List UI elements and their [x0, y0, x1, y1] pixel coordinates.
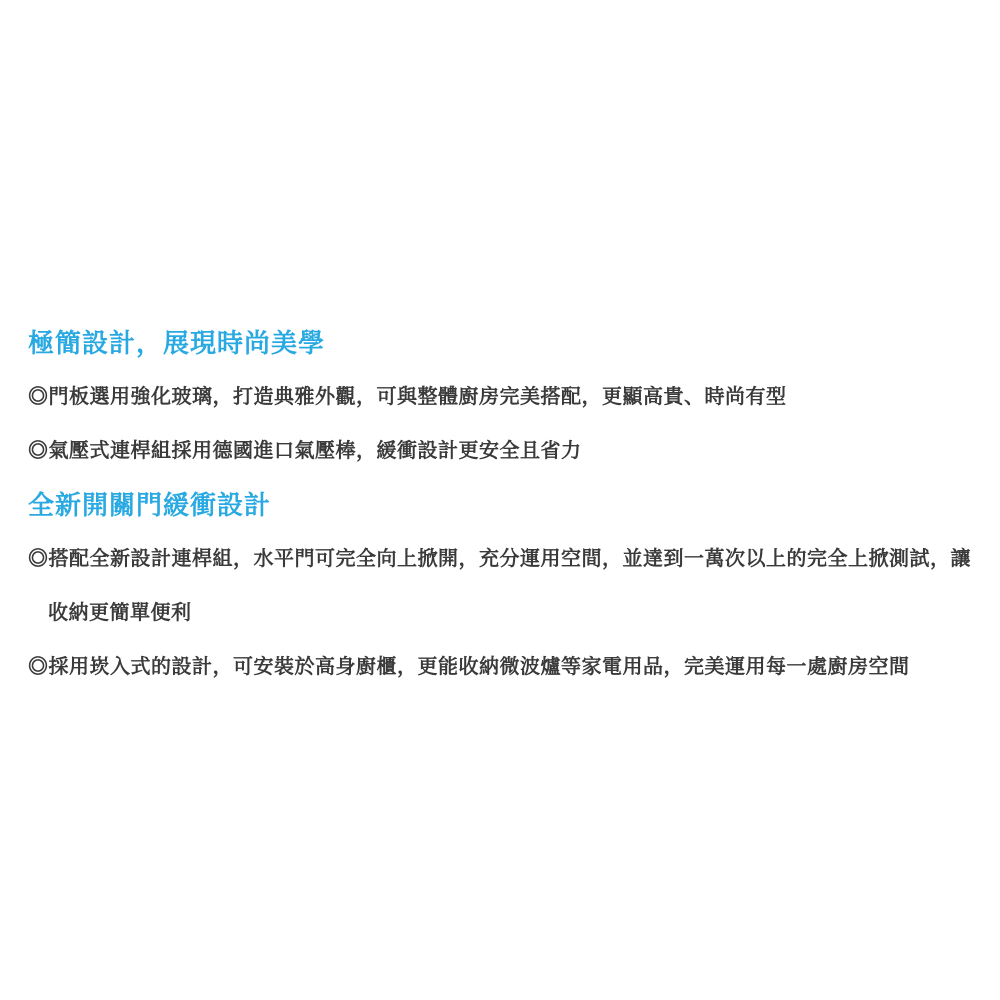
feature-bullet-door-panel-glass: ◎門板選用強化玻璃，打造典雅外觀，可與整體廚房完美搭配，更顯高貴、時尚有型	[28, 370, 975, 424]
section-heading-minimalist-design: 極簡設計，展現時尚美學	[28, 316, 975, 370]
feature-bullet-lift-up-door: ◎搭配全新設計連桿組，水平門可完全向上掀開，充分運用空間，並達到一萬次以上的完全…	[28, 532, 975, 640]
section-heading-soft-close-design: 全新開關門緩衝設計	[28, 478, 975, 532]
feature-bullet-built-in-design: ◎採用崁入式的設計，可安裝於高身廚櫃，更能收納微波爐等家電用品，完美運用每一處廚…	[28, 640, 975, 694]
product-feature-text: 極簡設計，展現時尚美學 ◎門板選用強化玻璃，打造典雅外觀，可與整體廚房完美搭配，…	[28, 316, 975, 694]
feature-bullet-pneumatic-rod: ◎氣壓式連桿組採用德國進口氣壓棒，緩衝設計更安全且省力	[28, 424, 975, 478]
product-description-page: 極簡設計，展現時尚美學 ◎門板選用強化玻璃，打造典雅外觀，可與整體廚房完美搭配，…	[0, 0, 1000, 1000]
